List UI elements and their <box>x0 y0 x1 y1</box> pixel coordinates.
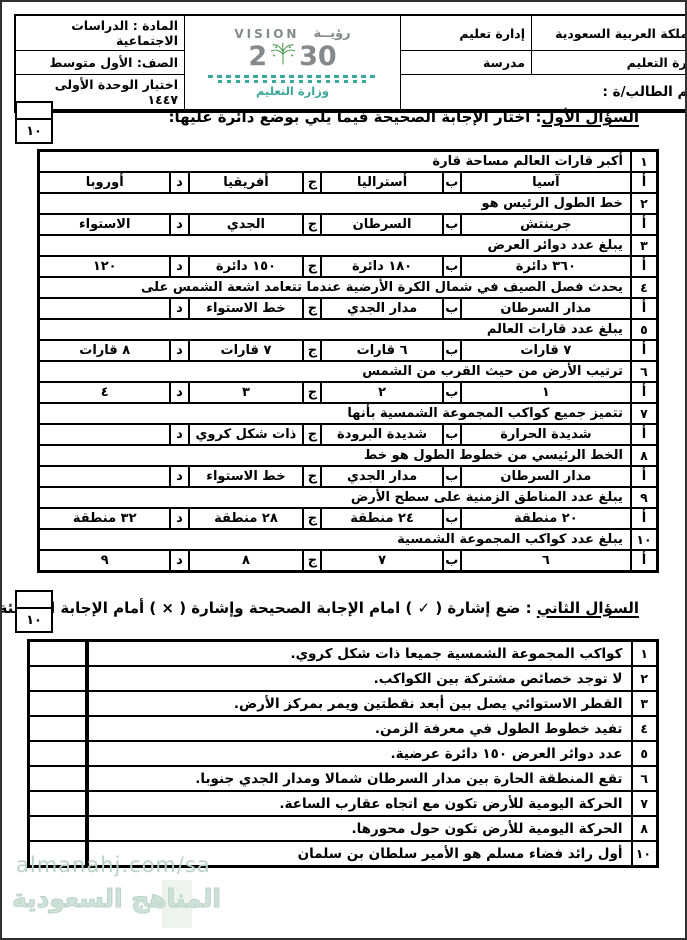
option-letter-c: ج <box>303 340 321 361</box>
option-letter-c: ج <box>303 550 321 572</box>
option-a[interactable]: ٣٦٠ دائرة <box>461 256 631 277</box>
section2-title-rest: : ضع إشارة ( ✓ ) امام الإجابة الصحيحة وإ… <box>0 599 537 617</box>
table-row: ٩يبلغ عدد المناطق الزمنية على سطح الأرض <box>39 487 658 508</box>
option-d[interactable]: الاستواء <box>39 214 171 235</box>
statement-text: القطر الاستوائي يصل بين أبعد نقطتين ويمر… <box>87 691 632 716</box>
option-letter-a: أ <box>631 424 658 445</box>
option-a[interactable]: جرينتش <box>461 214 631 235</box>
question-number: ٧ <box>631 403 658 424</box>
section1-score-box: ١٠ <box>15 101 53 144</box>
question-text: يبلغ عدد قارات العالم <box>39 319 631 340</box>
vision-latin-text: VISION <box>234 28 299 40</box>
option-c[interactable]: ٧ قارات <box>189 340 304 361</box>
question-text: أكبر قارات العالم مساحة قارة <box>39 151 631 173</box>
statement-number: ١ <box>632 641 658 667</box>
statement-text: لا توجد خصائص مشتركة بين الكواكب. <box>87 666 632 691</box>
palm-emblem-icon <box>268 41 298 72</box>
vision-wordmark: VISION رؤيــة <box>234 27 350 40</box>
option-letter-b: ب <box>443 256 461 277</box>
section2-score-value: ١٠ <box>17 609 51 631</box>
section1-title: السؤال الأول: اختار الإجابة الصحيحة فيما… <box>168 108 639 126</box>
question-text: يبلغ عدد دوائر العرض <box>39 235 631 256</box>
option-a[interactable]: ٧ قارات <box>461 340 631 361</box>
option-letter-d: د <box>170 298 188 319</box>
option-letter-c: ج <box>303 256 321 277</box>
table-row: أشديدة الحرارةبشديدة البرودةجذات شكل كرو… <box>39 424 658 445</box>
table-row: أ١ب٢ج٣د٤ <box>39 382 658 403</box>
question-number: ٣ <box>631 235 658 256</box>
logo-ministry-text: وزارة التعليم <box>256 86 329 98</box>
table-row: ٤تفيد خطوط الطول في معرفة الزمن. <box>29 716 658 741</box>
question-number: ٩ <box>631 487 658 508</box>
option-letter-d: د <box>170 508 188 529</box>
option-letter-c: ج <box>303 424 321 445</box>
statement-number: ٨ <box>632 816 658 841</box>
option-letter-b: ب <box>443 214 461 235</box>
statement-number: ٥ <box>632 741 658 766</box>
grade-label: الصف: الأول متوسط <box>15 51 185 75</box>
table-row: أجرينتشبالسرطانجالجديدالاستواء <box>39 214 658 235</box>
answer-box[interactable] <box>29 766 87 791</box>
table-row: ٣القطر الاستوائي يصل بين أبعد نقطتين ويم… <box>29 691 658 716</box>
option-letter-a: أ <box>631 466 658 487</box>
option-letter-b: ب <box>443 382 461 403</box>
option-letter-d: د <box>170 466 188 487</box>
answer-box[interactable] <box>29 816 87 841</box>
question-number: ٦ <box>631 361 658 382</box>
section2-score-empty-cell[interactable] <box>17 592 51 609</box>
statement-text: الحركة اليومية للأرض تكون حول محورها. <box>87 816 632 841</box>
exam-sheet: المملكة العربية السعودية إدارة تعليم VIS… <box>0 0 687 940</box>
option-letter-a: أ <box>631 382 658 403</box>
option-letter-b: ب <box>443 550 461 572</box>
option-letter-a: أ <box>631 550 658 572</box>
answer-box[interactable] <box>29 641 87 667</box>
option-letter-b: ب <box>443 340 461 361</box>
statement-text: كواكب المجموعة الشمسية جميعا ذات شكل كرو… <box>87 641 632 667</box>
option-letter-d: د <box>170 172 188 193</box>
option-letter-a: أ <box>631 172 658 193</box>
table-row: ١٠يبلغ عدد كواكب المجموعة الشمسية <box>39 529 658 550</box>
section1-title-rest: : اختار الإجابة الصحيحة فيما يلي بوضع دا… <box>168 108 541 126</box>
table-row: ٤يحدث فصل الصيف في شمال الكرة الأرضية عن… <box>39 277 658 298</box>
option-c[interactable]: ذات شكل كروي <box>189 424 304 445</box>
option-a[interactable]: مدار السرطان <box>461 298 631 319</box>
option-d[interactable]: أوروبا <box>39 172 171 193</box>
vision-arabic-text: رؤيــة <box>313 27 350 40</box>
option-letter-a: أ <box>631 214 658 235</box>
table-row: ٥عدد دوائر العرض ١٥٠ دائرة عرضية. <box>29 741 658 766</box>
option-d[interactable]: ٨ قارات <box>39 340 171 361</box>
option-letter-b: ب <box>443 172 461 193</box>
year-digits-30: 30 <box>299 43 337 70</box>
question-number: ٢ <box>631 193 658 214</box>
table-row: ٧الحركة اليومية للأرض تكون مع اتجاه عقار… <box>29 791 658 816</box>
section2-score-box: ١٠ <box>15 590 53 633</box>
option-b[interactable]: ١٨٠ دائرة <box>321 256 442 277</box>
option-d[interactable]: ٤ <box>39 382 171 403</box>
option-letter-d: د <box>170 424 188 445</box>
kingdom-label: المملكة العربية السعودية <box>532 15 687 51</box>
question-number: ١٠ <box>631 529 658 550</box>
table-row: أ٧ قاراتب٦ قاراتج٧ قاراتد٨ قارات <box>39 340 658 361</box>
option-letter-d: د <box>170 550 188 572</box>
option-c[interactable]: ٢٨ منطقة <box>189 508 304 529</box>
option-b[interactable]: مدار الجدي <box>321 466 442 487</box>
option-d[interactable] <box>39 466 171 487</box>
year-digit-2: 2 <box>248 43 267 70</box>
option-letter-c: ج <box>303 214 321 235</box>
statement-text: عدد دوائر العرض ١٥٠ دائرة عرضية. <box>87 741 632 766</box>
option-c[interactable]: خط الاستواء <box>189 466 304 487</box>
table-row: ٦تقع المنطقة الحارة بين مدار السرطان شما… <box>29 766 658 791</box>
option-letter-c: ج <box>303 172 321 193</box>
option-letter-a: أ <box>631 298 658 319</box>
option-letter-d: د <box>170 214 188 235</box>
table-row: ٨الحركة اليومية للأرض تكون حول محورها. <box>29 816 658 841</box>
question-text: خط الطول الرئيس هو <box>39 193 631 214</box>
section2-title-label: السؤال الثاني <box>537 599 639 617</box>
true-false-table: ١كواكب المجموعة الشمسية جميعا ذات شكل كر… <box>27 639 659 868</box>
option-letter-d: د <box>170 340 188 361</box>
option-b[interactable]: ٢ <box>321 382 442 403</box>
question-text: تتميز جميع كواكب المجموعة الشمسية بأنها <box>39 403 631 424</box>
year-2030: 2 <box>248 41 336 72</box>
statement-number: ١٠ <box>632 841 658 867</box>
option-c[interactable]: الجدي <box>189 214 304 235</box>
table-row: ٢خط الطول الرئيس هو <box>39 193 658 214</box>
option-c[interactable]: ١٥٠ دائرة <box>189 256 304 277</box>
mcq-table: ١أكبر قارات العالم مساحة قارة أآسيابأستر… <box>37 149 659 573</box>
question-text: الخط الرئيسي من خطوط الطول هو خط <box>39 445 631 466</box>
option-a[interactable]: شديدة الحرارة <box>461 424 631 445</box>
option-d[interactable]: ٩ <box>39 550 171 572</box>
table-row: ٦ترتيب الأرض من حيث القرب من الشمس <box>39 361 658 382</box>
section2-title: السؤال الثاني : ضع إشارة ( ✓ ) امام الإج… <box>0 599 639 617</box>
answer-box[interactable] <box>29 791 87 816</box>
answer-box[interactable] <box>29 666 87 691</box>
question-number: ٥ <box>631 319 658 340</box>
statement-text: الحركة اليومية للأرض تكون مع اتجاه عقارب… <box>87 791 632 816</box>
statement-number: ٧ <box>632 791 658 816</box>
table-row: ٥يبلغ عدد قارات العالم <box>39 319 658 340</box>
option-d[interactable] <box>39 424 171 445</box>
student-name-field[interactable]: اسم الطالب/ة : <box>401 75 687 112</box>
option-c[interactable]: أفريقيا <box>189 172 304 193</box>
option-b[interactable]: السرطان <box>321 214 442 235</box>
option-b[interactable]: مدار الجدي <box>321 298 442 319</box>
option-a[interactable]: آسيا <box>461 172 631 193</box>
table-row: ٧تتميز جميع كواكب المجموعة الشمسية بأنها <box>39 403 658 424</box>
question-text: يحدث فصل الصيف في شمال الكرة الأرضية عند… <box>39 277 631 298</box>
option-letter-d: د <box>170 382 188 403</box>
question-text: يبلغ عدد المناطق الزمنية على سطح الأرض <box>39 487 631 508</box>
option-b[interactable]: شديدة البرودة <box>321 424 442 445</box>
logo-dotted-line <box>208 75 378 78</box>
edu-admin-label: إدارة تعليم <box>401 15 532 51</box>
statement-number: ٢ <box>632 666 658 691</box>
option-letter-b: ب <box>443 424 461 445</box>
option-c[interactable]: خط الاستواء <box>189 298 304 319</box>
logo-dotted-line-2 <box>218 80 368 83</box>
option-a[interactable]: ٦ <box>461 550 631 572</box>
option-d[interactable]: ١٢٠ <box>39 256 171 277</box>
question-number: ١ <box>631 151 658 173</box>
option-letter-b: ب <box>443 466 461 487</box>
option-c[interactable]: ٣ <box>189 382 304 403</box>
vision-2030-logo: VISION رؤيــة 2 <box>185 15 401 111</box>
statement-number: ٦ <box>632 766 658 791</box>
option-letter-d: د <box>170 256 188 277</box>
table-row: أ٦ب٧ج٨د٩ <box>39 550 658 572</box>
watermark-url: almanahj.com/sa <box>16 853 211 877</box>
ministry-label: وزارة التعليم <box>532 51 687 75</box>
answer-box[interactable] <box>29 741 87 766</box>
section1-title-label: السؤال الأول <box>542 108 639 126</box>
table-row: أ٢٠ منطقةب٢٤ منطقةج٢٨ منطقةد٣٢ منطقة <box>39 508 658 529</box>
question-text: ترتيب الأرض من حيث القرب من الشمس <box>39 361 631 382</box>
subject-label: المادة : الدراسات الاجتماعية <box>15 15 185 51</box>
option-letter-c: ج <box>303 466 321 487</box>
option-d[interactable]: ٣٢ منطقة <box>39 508 171 529</box>
table-row: أمدار السرطانبمدار الجديجخط الاستواءد <box>39 298 658 319</box>
school-label: مدرسة <box>401 51 532 75</box>
option-b[interactable]: ٢٤ منطقة <box>321 508 442 529</box>
option-b[interactable]: ٧ <box>321 550 442 572</box>
table-row: ٣يبلغ عدد دوائر العرض <box>39 235 658 256</box>
option-letter-c: ج <box>303 382 321 403</box>
question-number: ٤ <box>631 277 658 298</box>
table-row: ١أكبر قارات العالم مساحة قارة <box>39 151 658 173</box>
header-table: المملكة العربية السعودية إدارة تعليم VIS… <box>14 14 687 113</box>
option-a[interactable]: ١ <box>461 382 631 403</box>
option-letter-b: ب <box>443 508 461 529</box>
option-letter-b: ب <box>443 298 461 319</box>
option-a[interactable]: ٢٠ منطقة <box>461 508 631 529</box>
question-text: يبلغ عدد كواكب المجموعة الشمسية <box>39 529 631 550</box>
statement-number: ٤ <box>632 716 658 741</box>
section1-score-value: ١٠ <box>17 120 51 142</box>
option-b[interactable]: أستراليا <box>321 172 442 193</box>
question-number: ٨ <box>631 445 658 466</box>
table-row: ٨الخط الرئيسي من خطوط الطول هو خط <box>39 445 658 466</box>
section1-score-empty-cell[interactable] <box>17 103 51 120</box>
option-a[interactable]: مدار السرطان <box>461 466 631 487</box>
table-row: أآسيابأسترالياجأفريقيادأوروبا <box>39 172 658 193</box>
option-letter-c: ج <box>303 298 321 319</box>
option-letter-a: أ <box>631 340 658 361</box>
option-c[interactable]: ٨ <box>189 550 304 572</box>
table-row: ١كواكب المجموعة الشمسية جميعا ذات شكل كر… <box>29 641 658 667</box>
statement-number: ٣ <box>632 691 658 716</box>
table-row: ٢لا توجد خصائص مشتركة بين الكواكب. <box>29 666 658 691</box>
option-b[interactable]: ٦ قارات <box>321 340 442 361</box>
answer-box[interactable] <box>29 691 87 716</box>
almanahj-logo: المناهج السعودية <box>12 884 221 913</box>
answer-box[interactable] <box>29 716 87 741</box>
statement-text: تقع المنطقة الحارة بين مدار السرطان شمال… <box>87 766 632 791</box>
option-letter-c: ج <box>303 508 321 529</box>
option-letter-a: أ <box>631 508 658 529</box>
option-d[interactable] <box>39 298 171 319</box>
statement-text: تفيد خطوط الطول في معرفة الزمن. <box>87 716 632 741</box>
option-letter-a: أ <box>631 256 658 277</box>
vision-2030-logo-stack: VISION رؤيــة 2 <box>186 27 399 98</box>
table-row: أ٣٦٠ دائرةب١٨٠ دائرةج١٥٠ دائرةد١٢٠ <box>39 256 658 277</box>
table-row: أمدار السرطانبمدار الجديجخط الاستواءد <box>39 466 658 487</box>
